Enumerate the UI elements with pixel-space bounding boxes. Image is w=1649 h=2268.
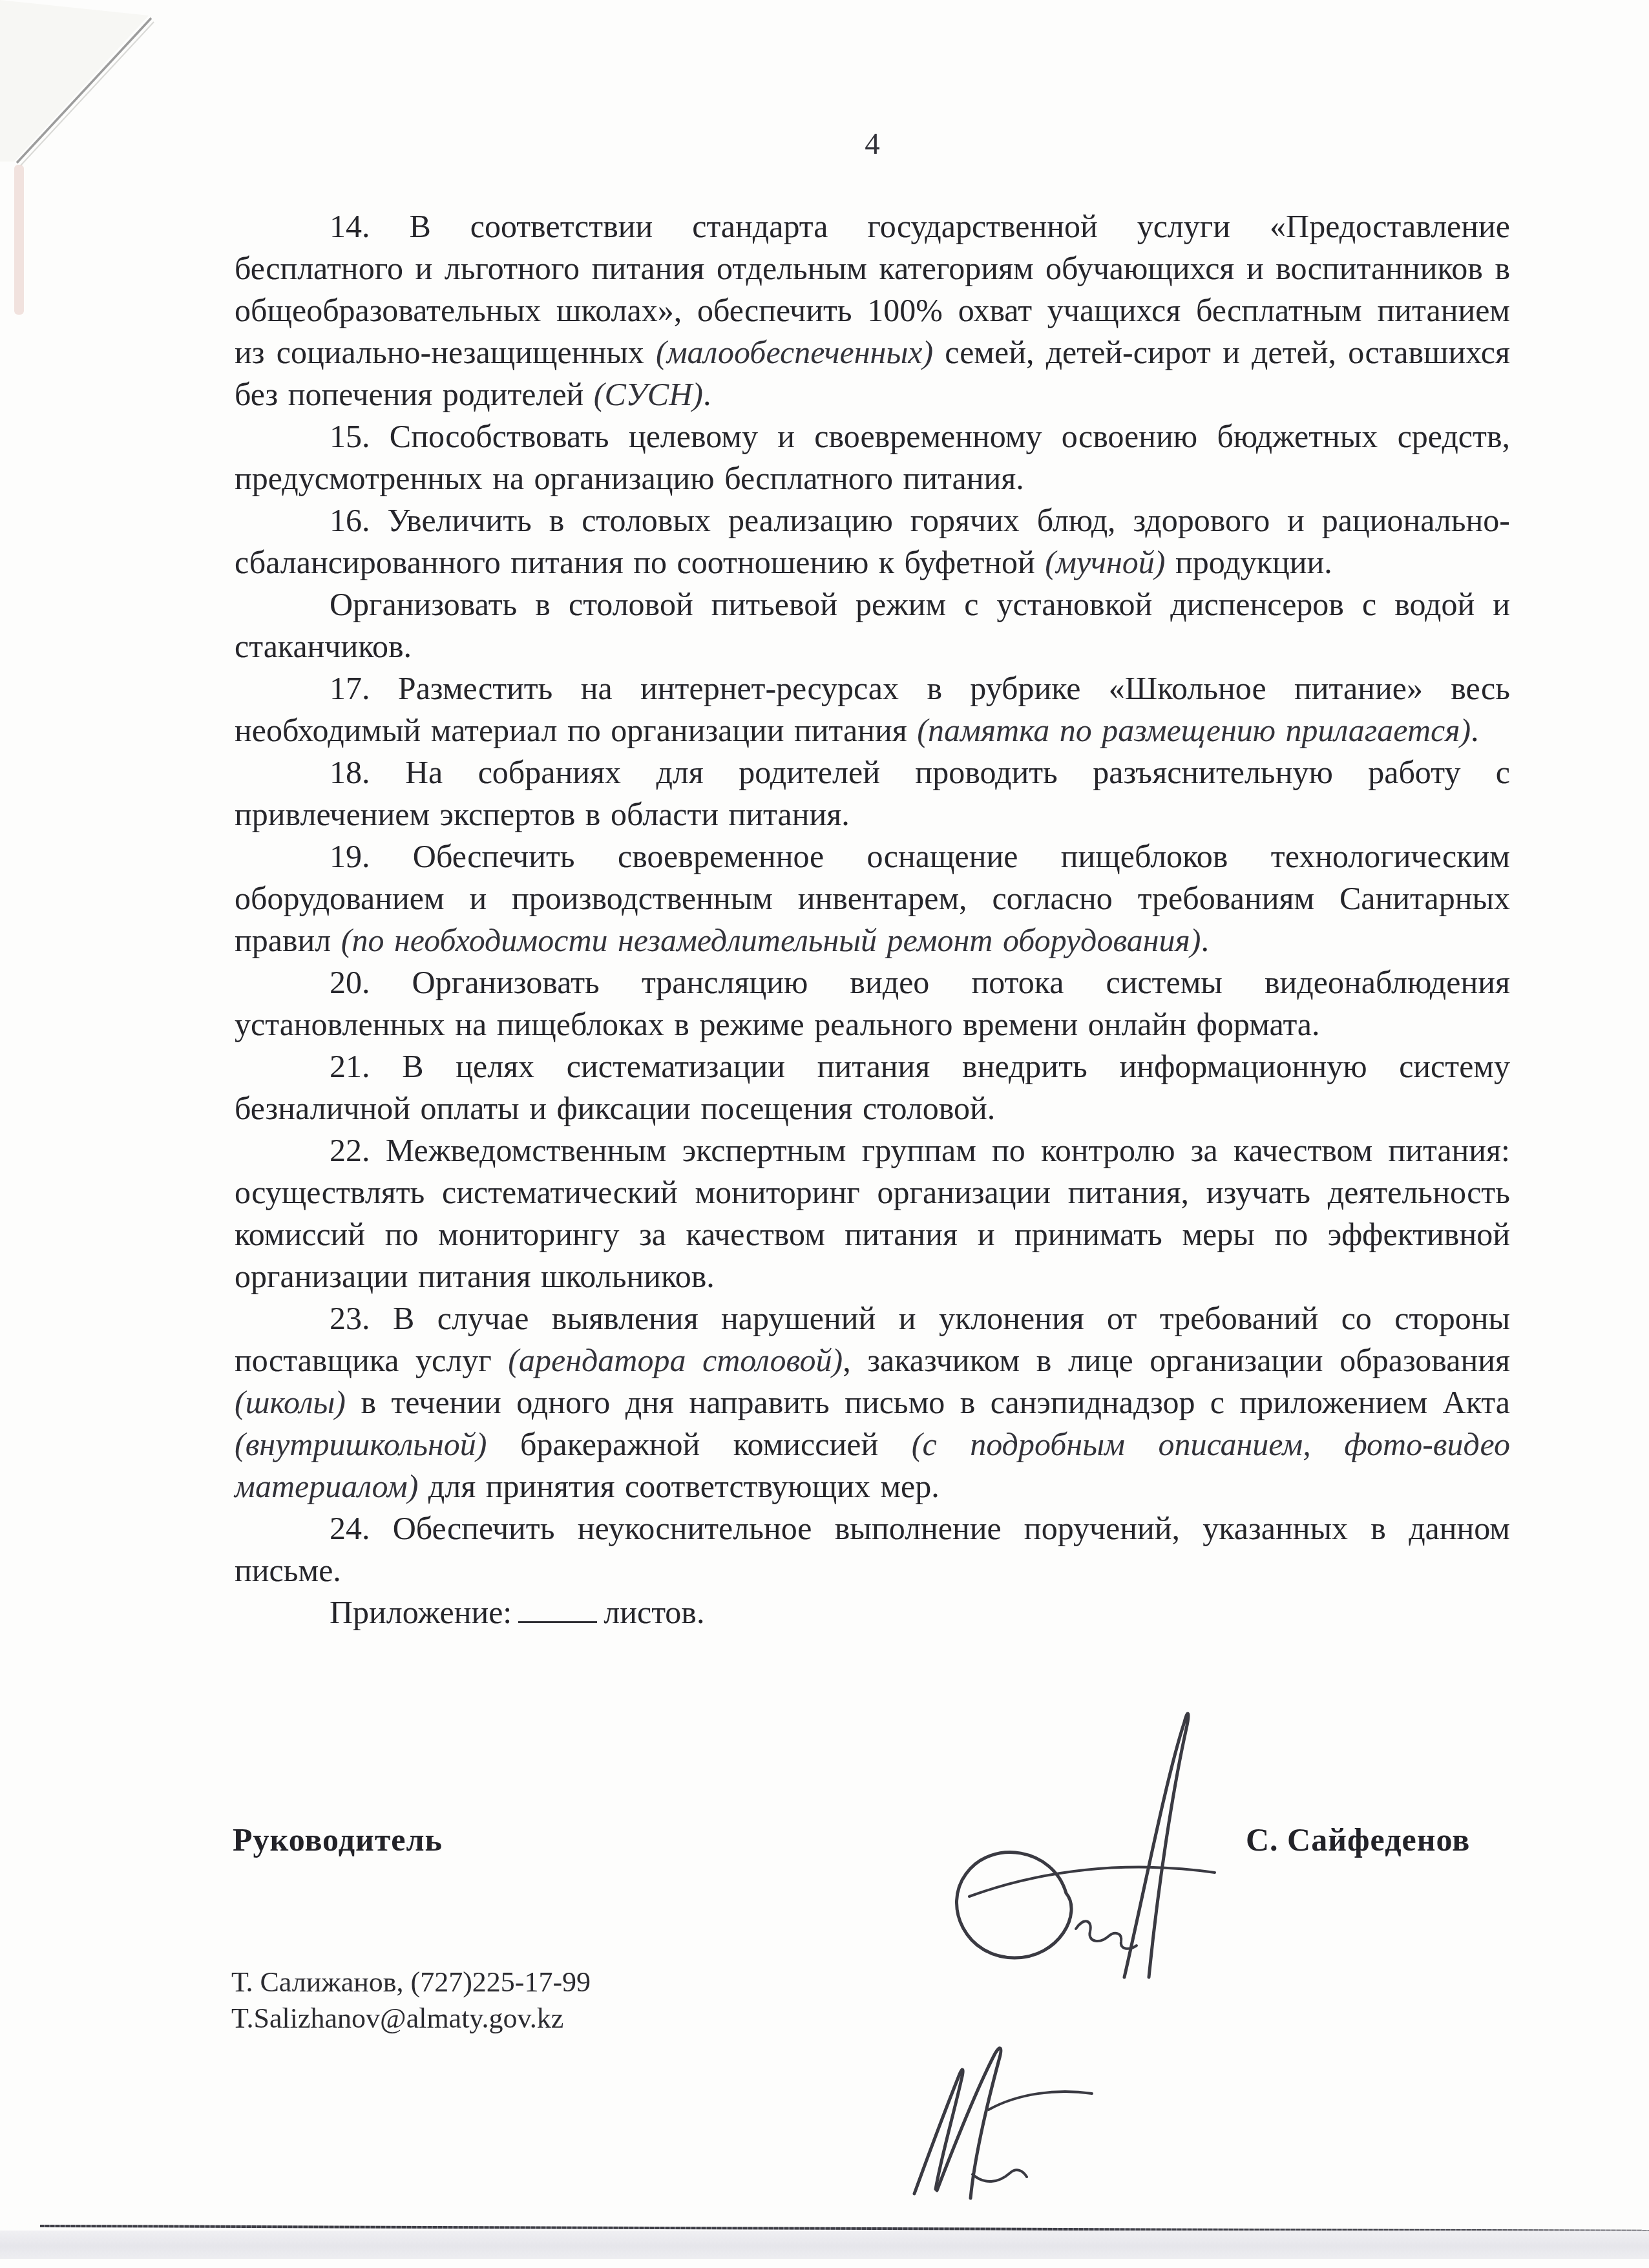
paragraph: 21. В целях систематизации питания внедр… [235, 1045, 1510, 1129]
text-run: Организовать в столовой питьевой режим с… [235, 586, 1510, 664]
text-run: 18. На собраниях для родителей проводить… [235, 754, 1510, 832]
contact-name-phone: Т. Салижанов, (727)225-17-99 [231, 1964, 591, 2000]
text-run: . [1471, 712, 1479, 748]
scan-edge-band [0, 2231, 1649, 2259]
paragraph: 24. Обеспечить неукоснительное выполнени… [235, 1507, 1510, 1591]
text-run: , заказчиком в лице организации образова… [843, 1342, 1510, 1378]
signature-stroke-2 [937, 2048, 1001, 2198]
signature-director [930, 1699, 1254, 2003]
paragraph: 14. В соответствии стандарта государстве… [235, 205, 1510, 415]
signature-crossbar [989, 2092, 1092, 2110]
signature-stroke-1 [914, 2070, 963, 2194]
paragraph: 17. Разместить на интернет-ресурсах в ру… [235, 667, 1510, 751]
italic-note: (внутришкольной) [235, 1426, 487, 1462]
text-run: в течении одного дня направить письмо в … [346, 1384, 1510, 1420]
text-run: 15. Способствовать целевому и своевремен… [235, 418, 1510, 496]
document-body: 14. В соответствии стандарта государстве… [235, 205, 1510, 1633]
italic-note: (СУСН) [594, 376, 703, 412]
document-page: 4 14. В соответствии стандарта государст… [0, 0, 1649, 2268]
italic-note: (малообеспеченных) [656, 334, 933, 370]
document-paragraphs: 14. В соответствии стандарта государстве… [235, 205, 1510, 1591]
attachment-line: Приложение:листов. [235, 1591, 1510, 1633]
text-run: бракеражной комиссией [487, 1426, 911, 1462]
paragraph: 20. Организовать трансляцию видео потока… [235, 961, 1510, 1045]
paragraph: 18. На собраниях для родителей проводить… [235, 751, 1510, 835]
italic-note: (по необходимости незамедлительный ремон… [341, 922, 1201, 958]
paragraph: 15. Способствовать целевому и своевремен… [235, 415, 1510, 499]
italic-note: (мучной) [1045, 544, 1165, 580]
text-run: 20. Организовать трансляцию видео потока… [235, 964, 1510, 1042]
paragraph: 16. Увеличить в столовых реализацию горя… [235, 499, 1510, 583]
paragraph: 22. Межведомственным экспертным группам … [235, 1129, 1510, 1297]
text-run: . [703, 376, 711, 412]
signature-spike [1124, 1714, 1188, 1977]
signatory-name: С. Сайфеденов [1246, 1821, 1470, 1858]
text-run: продукции. [1165, 544, 1332, 580]
page-number: 4 [235, 127, 1510, 162]
signature-cross [969, 1867, 1215, 1896]
paragraph: 23. В случае выявления нарушений и уклон… [235, 1297, 1510, 1507]
signature-tail [972, 2170, 1027, 2181]
text-run: 22. Межведомственным экспертным группам … [235, 1132, 1510, 1294]
fold-triangle [0, 0, 149, 162]
paragraph: 19. Обеспечить своевременное оснащение п… [235, 835, 1510, 961]
contact-email: T.Salizhanov@almaty.gov.kz [231, 2000, 591, 2037]
text-run: для принятия соответствующих мер. [418, 1468, 940, 1504]
text-run: 21. В целях систематизации питания внедр… [235, 1048, 1510, 1126]
signature-loop [957, 1853, 1072, 1958]
contact-block: Т. Салижанов, (727)225-17-99 T.Salizhano… [231, 1964, 591, 2037]
page-fold-artifact [0, 0, 194, 194]
signatory-role: Руководитель [233, 1821, 443, 1858]
text-run: 24. Обеспечить неукоснительное выполнени… [235, 1510, 1510, 1588]
signature-executor [892, 2029, 1111, 2210]
italic-note: (школы) [235, 1384, 346, 1420]
italic-note: (памятка по размещению прилагается) [917, 712, 1471, 748]
signature-scribble [1076, 1921, 1137, 1948]
text-run: . [1201, 922, 1209, 958]
italic-note: (арендатора столовой) [508, 1342, 843, 1378]
attachment-blank-underline [518, 1595, 597, 1623]
scan-artifact-pink [14, 165, 24, 315]
attachment-label: Приложение: [330, 1594, 512, 1630]
attachment-suffix: листов. [604, 1594, 704, 1630]
paragraph: Организовать в столовой питьевой режим с… [235, 583, 1510, 667]
